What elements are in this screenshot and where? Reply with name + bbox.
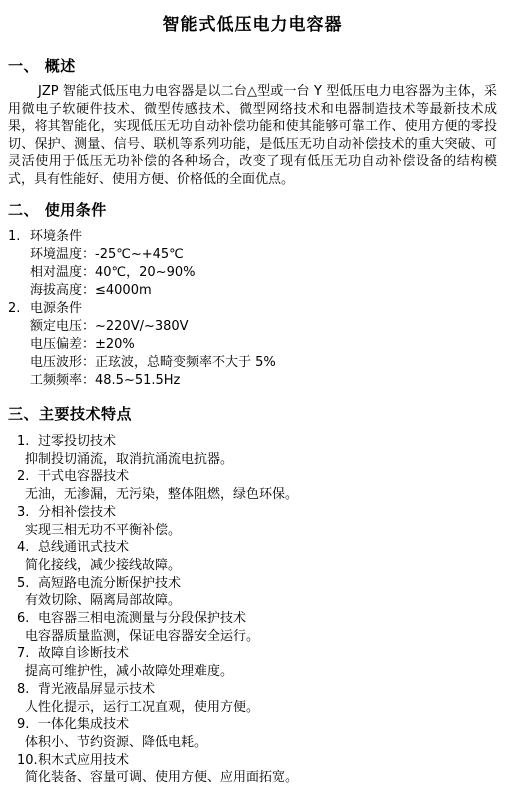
- item-description: 人性化提示，运行工况直观，使用方便。: [8, 699, 497, 717]
- item-number: 1.: [8, 228, 30, 246]
- item-description: 实现三相无功不平衡补偿。: [8, 522, 497, 540]
- item-number: 3.: [17, 504, 38, 522]
- item-description: 简化接线，减少接线故障。: [8, 557, 497, 575]
- condition-line: 电压波形：正玹波，总畸变频率不大于 5%: [8, 354, 497, 372]
- list-item: 1. 过零投切技术 抑制投切涌流，取消抗涌流电抗器。: [8, 433, 497, 468]
- list-item: 1. 环境条件 环境温度：-25℃~+45℃ 相对温度：40℃，20~90% 海…: [8, 228, 497, 300]
- item-number: 1.: [17, 433, 38, 451]
- condition-item-title: 2. 电源条件: [8, 300, 497, 318]
- item-title: 高短路电流分断保护技术: [38, 575, 181, 593]
- overview-paragraph: JZP 智能式低压电力电容器是以二台△型或一台 Y 型低压电力电容器为主体，采用…: [8, 83, 497, 188]
- condition-line: 工频频率：48.5~51.5Hz: [8, 372, 497, 390]
- item-number: 10.: [17, 752, 38, 770]
- item-description: 抑制投切涌流，取消抗涌流电抗器。: [8, 451, 497, 469]
- section-heading-overview: 一、 概述: [8, 55, 497, 76]
- list-item: 3. 分相补偿技术 实现三相无功不平衡补偿。: [8, 504, 497, 539]
- item-title: 总线通讯式技术: [38, 539, 129, 557]
- item-title: 背光液晶屏显示技术: [38, 681, 155, 699]
- item-number: 6.: [17, 610, 38, 628]
- section-heading-features: 三、主要技术特点: [8, 403, 497, 424]
- condition-line: 环境温度：-25℃~+45℃: [8, 246, 497, 264]
- item-description: 提高可维护性，减小故障处理难度。: [8, 663, 497, 681]
- item-title: 干式电容器技术: [38, 468, 129, 486]
- item-description: 电容器质量监测，保证电容器安全运行。: [8, 628, 497, 646]
- list-item: 6. 电容器三相电流测量与分段保护技术 电容器质量监测，保证电容器安全运行。: [8, 610, 497, 645]
- item-title: 环境条件: [30, 228, 82, 246]
- list-item: 2. 干式电容器技术 无油，无渗漏，无污染，整体阻燃，绿色环保。: [8, 468, 497, 503]
- list-item: 8. 背光液晶屏显示技术 人性化提示，运行工况直观，使用方便。: [8, 681, 497, 716]
- item-title: 过零投切技术: [38, 433, 116, 451]
- condition-line: 电压偏差：±20%: [8, 336, 497, 354]
- item-number: 8.: [17, 681, 38, 699]
- conditions-list: 1. 环境条件 环境温度：-25℃~+45℃ 相对温度：40℃，20~90% 海…: [8, 228, 497, 390]
- item-description: 无油，无渗漏，无污染，整体阻燃，绿色环保。: [8, 486, 497, 504]
- item-number: 4.: [17, 539, 38, 557]
- features-list: 1. 过零投切技术 抑制投切涌流，取消抗涌流电抗器。 2. 干式电容器技术 无油…: [8, 433, 497, 787]
- item-title: 故障自诊断技术: [38, 645, 129, 663]
- item-number: 7.: [17, 645, 38, 663]
- item-description: 简化装备、容量可调、使用方便、应用面拓宽。: [8, 769, 497, 787]
- item-title: 电容器三相电流测量与分段保护技术: [38, 610, 246, 628]
- item-number: 5.: [17, 575, 38, 593]
- condition-line: 相对温度：40℃，20~90%: [8, 264, 497, 282]
- item-description: 体积小、节约资源、降低电耗。: [8, 734, 497, 752]
- item-title: 一体化集成技术: [38, 716, 129, 734]
- document-page: 智能式低压电力电容器 一、 概述 JZP 智能式低压电力电容器是以二台△型或一台…: [0, 0, 505, 797]
- item-title: 电源条件: [30, 300, 82, 318]
- section-heading-conditions: 二、 使用条件: [8, 199, 497, 220]
- item-number: 9.: [17, 716, 38, 734]
- list-item: 5. 高短路电流分断保护技术 有效切除、隔离局部故障。: [8, 575, 497, 610]
- item-title: 积木式应用技术: [38, 752, 129, 770]
- list-item: 9. 一体化集成技术 体积小、节约资源、降低电耗。: [8, 716, 497, 751]
- list-item: 2. 电源条件 额定电压：~220V/~380V 电压偏差：±20% 电压波形：…: [8, 300, 497, 390]
- list-item: 7. 故障自诊断技术 提高可维护性，减小故障处理难度。: [8, 645, 497, 680]
- condition-item-title: 1. 环境条件: [8, 228, 497, 246]
- condition-line: 额定电压：~220V/~380V: [8, 318, 497, 336]
- item-number: 2.: [8, 300, 30, 318]
- page-title: 智能式低压电力电容器: [8, 10, 497, 35]
- item-number: 2.: [17, 468, 38, 486]
- condition-line: 海拔高度：≤4000m: [8, 282, 497, 300]
- item-description: 有效切除、隔离局部故障。: [8, 592, 497, 610]
- list-item: 10. 积木式应用技术 简化装备、容量可调、使用方便、应用面拓宽。: [8, 752, 497, 787]
- list-item: 4. 总线通讯式技术 简化接线，减少接线故障。: [8, 539, 497, 574]
- item-title: 分相补偿技术: [38, 504, 116, 522]
